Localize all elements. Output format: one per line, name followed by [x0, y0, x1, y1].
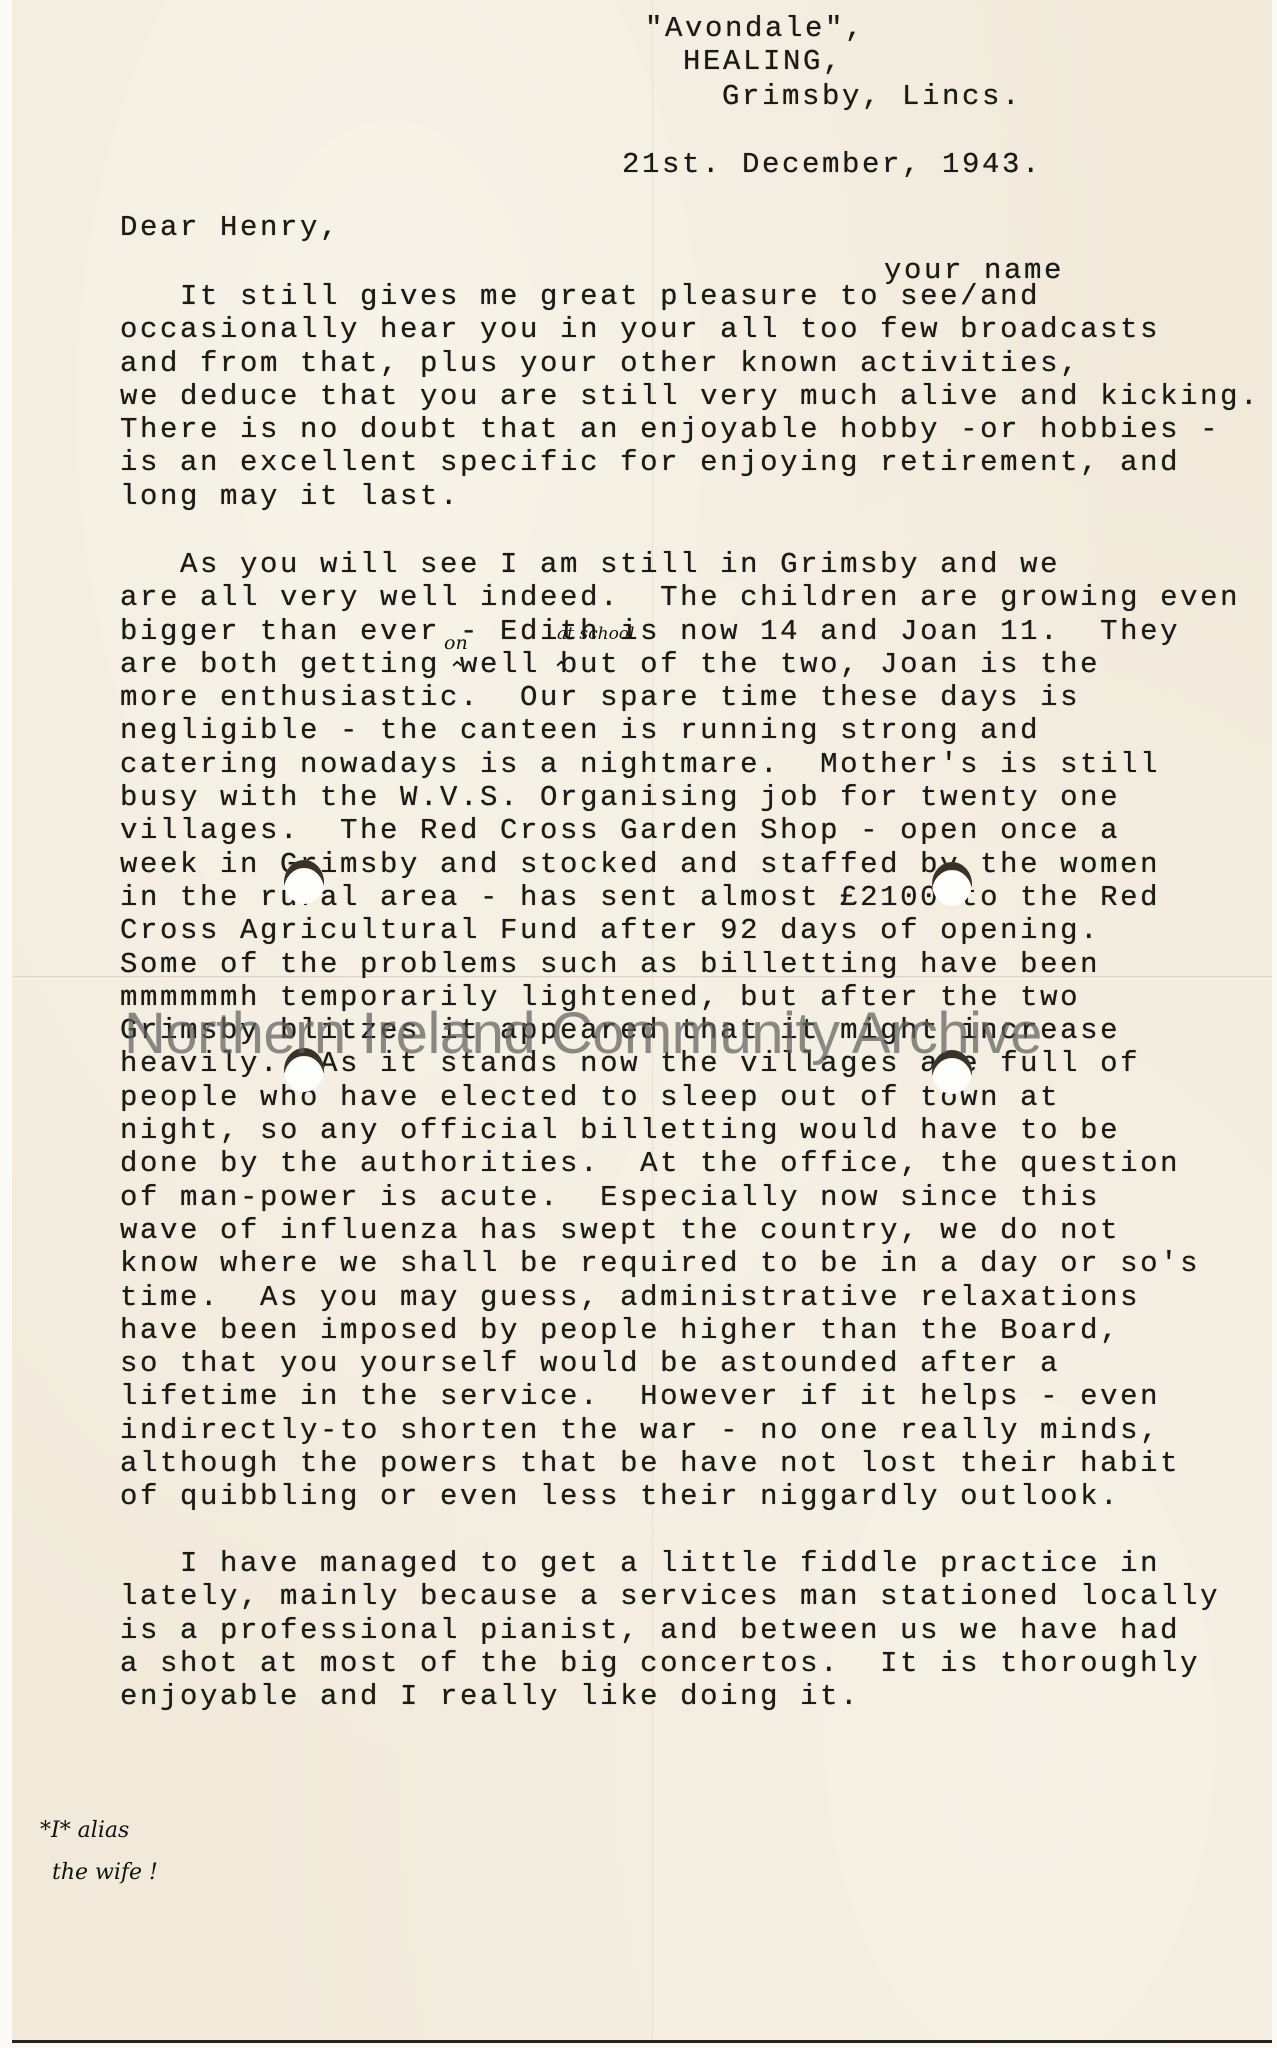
handwritten-note-line-1: *I* alias: [40, 1818, 129, 1843]
letter-line: is a professional pianist, and between u…: [120, 1614, 1220, 1647]
letter-line: It still gives me great pleasure to see/…: [120, 280, 1260, 313]
letter-line: Cross Agricultural Fund after 92 days of…: [120, 914, 1240, 947]
letter-line: busy with the W.V.S. Organising job for …: [120, 781, 1240, 814]
caret-mark-icon: ⌃: [448, 658, 466, 683]
letter-line: I have managed to get a little fiddle pr…: [120, 1547, 1220, 1580]
handwritten-insertion-at-school: at school: [557, 624, 634, 644]
punch-hole: [932, 862, 972, 906]
address-line-1: "Avondale",: [645, 12, 865, 45]
letter-line: of quibbling or even less their niggardl…: [120, 1480, 1240, 1513]
letter-line: time. As you may guess, administrative r…: [120, 1281, 1240, 1314]
punch-hole: [284, 860, 324, 904]
letter-line: we deduce that you are still very much a…: [120, 380, 1260, 413]
handwritten-insertion-on: on: [444, 632, 468, 654]
letter-line: have been imposed by people higher than …: [120, 1314, 1240, 1347]
letter-line: lifetime in the service. However if it h…: [120, 1380, 1240, 1413]
letter-line: people who have elected to sleep out of …: [120, 1081, 1240, 1114]
letter-line: is an excellent specific for enjoying re…: [120, 446, 1260, 479]
letter-line: enjoyable and I really like doing it.: [120, 1680, 1220, 1713]
letter-line: a shot at most of the big concertos. It …: [120, 1647, 1220, 1680]
letter-line: night, so any official billetting would …: [120, 1114, 1240, 1147]
handwritten-note-line-2: the wife !: [52, 1860, 158, 1885]
letter-line: indirectly-to shorten the war - no one r…: [120, 1414, 1240, 1447]
letter-line: are all very well indeed. The children a…: [120, 581, 1240, 614]
letter-line: catering nowadays is a nightmare. Mother…: [120, 748, 1240, 781]
salutation: Dear Henry,: [120, 211, 340, 244]
letter-line: Some of the problems such as billetting …: [120, 948, 1240, 981]
letter-date: 21st. December, 1943.: [622, 148, 1042, 181]
letter-line: done by the authorities. At the office, …: [120, 1147, 1240, 1180]
letter-line: negligible - the canteen is running stro…: [120, 714, 1240, 747]
address-line-3: Grimsby, Lincs.: [722, 80, 1022, 113]
letter-line: although the powers that be have not los…: [120, 1447, 1240, 1480]
letter-line: and from that, plus your other known act…: [120, 347, 1260, 380]
caret-mark-icon: ⌃: [552, 658, 570, 683]
archive-watermark: Northern Ireland Community Archive: [124, 1000, 1042, 1067]
paragraph-1: It still gives me great pleasure to see/…: [120, 280, 1260, 513]
letter-line: lately, mainly because a services man st…: [120, 1580, 1220, 1613]
letter-line: There is no doubt that an enjoyable hobb…: [120, 413, 1260, 446]
paragraph-3: I have managed to get a little fiddle pr…: [120, 1547, 1220, 1713]
letter-line: know where we shall be required to be in…: [120, 1247, 1240, 1280]
address-line-2: HEALING,: [683, 45, 843, 78]
letter-line: so that you yourself would be astounded …: [120, 1347, 1240, 1380]
letter-line: of man-power is acute. Especially now si…: [120, 1181, 1240, 1214]
letter-line: long may it last.: [120, 480, 1260, 513]
letter-line: wave of influenza has swept the country,…: [120, 1214, 1240, 1247]
letter-line: are both getting well but of the two, Jo…: [120, 648, 1240, 681]
letter-line: bigger than ever - Edith is now 14 and J…: [120, 615, 1240, 648]
letter-line: As you will see I am still in Grimsby an…: [120, 548, 1240, 581]
letter-line: occasionally hear you in your all too fe…: [120, 313, 1260, 346]
letter-page: "Avondale", HEALING, Grimsby, Lincs. 21s…: [12, 0, 1272, 2043]
letter-line: villages. The Red Cross Garden Shop - op…: [120, 814, 1240, 847]
letter-line: more enthusiastic. Our spare time these …: [120, 681, 1240, 714]
